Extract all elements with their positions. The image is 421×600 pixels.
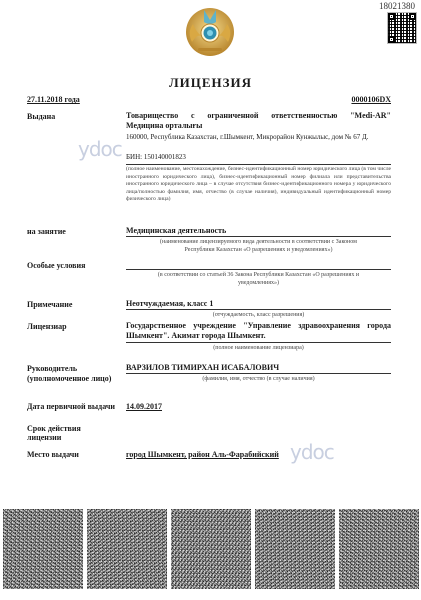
divider xyxy=(126,269,391,270)
first-issue-date: 14.09.2017 xyxy=(126,402,162,411)
note-label: Примечание xyxy=(27,300,72,309)
qr-code-icon xyxy=(388,13,416,43)
state-emblem-icon xyxy=(183,6,237,58)
head-name: ВАРЗИЛОВ ТИМИРХАН ИСАБАЛОВИЧ xyxy=(126,363,391,372)
issued-to-label: Выдана xyxy=(27,112,55,121)
head-label-line1: Руководитель xyxy=(27,364,77,373)
licensee-name-line1: Товарищество с ограниченной ответственно… xyxy=(126,111,391,120)
divider xyxy=(126,309,391,310)
ydoc-watermark: ydoc xyxy=(290,440,334,464)
activity-label: на занятие xyxy=(27,227,66,236)
special-conditions-label: Особые условия xyxy=(27,261,85,270)
divider xyxy=(126,342,391,343)
licensor-value-line2: Шымкент". Акимат города Шымкент. xyxy=(126,331,391,340)
licensee-address: 160000, Республика Казахстан, г.Шымкент,… xyxy=(126,133,391,142)
license-number: 0000106DX xyxy=(351,95,391,104)
licensee-hint: (полное наименование, местонахождение, б… xyxy=(126,166,391,204)
place-value: город Шымкент, район Аль-Фарабийский xyxy=(126,450,279,459)
licensee-name-line2: Медицина орталығы xyxy=(126,121,391,130)
licensor-hint: (полное наименование лицензиара) xyxy=(126,344,391,352)
place-label: Место выдачи xyxy=(27,450,79,459)
activity-value: Медицинская деятельность xyxy=(126,226,391,235)
first-issue-label: Дата первичной выдачи xyxy=(27,402,115,411)
licensor-value-line1: Государственное учреждение "Управление з… xyxy=(126,321,391,330)
divider xyxy=(126,373,391,374)
2d-barcode-icon xyxy=(255,509,335,589)
divider xyxy=(126,164,391,165)
note-hint: (отчуждаемость, класс разрешения) xyxy=(126,311,391,319)
head-hint: (фамилия, имя, отчество (в случае наличи… xyxy=(126,375,391,383)
validity-label-line1: Срок действия xyxy=(27,424,81,433)
license-date: 27.11.2018 года xyxy=(27,95,80,104)
licensee-bin: БИН: 150140001823 xyxy=(126,153,391,161)
special-conditions-hint: (в соответствии со статьей 36 Закона Рес… xyxy=(126,271,391,287)
ydoc-watermark: ydoc xyxy=(78,137,122,161)
document-title: ЛИЦЕНЗИЯ xyxy=(0,75,421,91)
validity-label-line2: лицензии xyxy=(27,433,61,442)
activity-hint: (наименование лицензируемого вида деятел… xyxy=(126,238,391,254)
2d-barcode-icon xyxy=(171,509,251,589)
document-serial-number: 18021380 xyxy=(379,1,415,11)
head-label-line2: (уполномоченное лицо) xyxy=(27,374,111,383)
2d-barcode-icon xyxy=(87,509,167,589)
2d-barcode-icon xyxy=(339,509,419,589)
2d-barcode-icon xyxy=(3,509,83,589)
divider xyxy=(126,236,391,237)
note-value: Неотчуждаемая, класс 1 xyxy=(126,299,391,308)
licensor-label: Лицензиар xyxy=(27,322,67,331)
